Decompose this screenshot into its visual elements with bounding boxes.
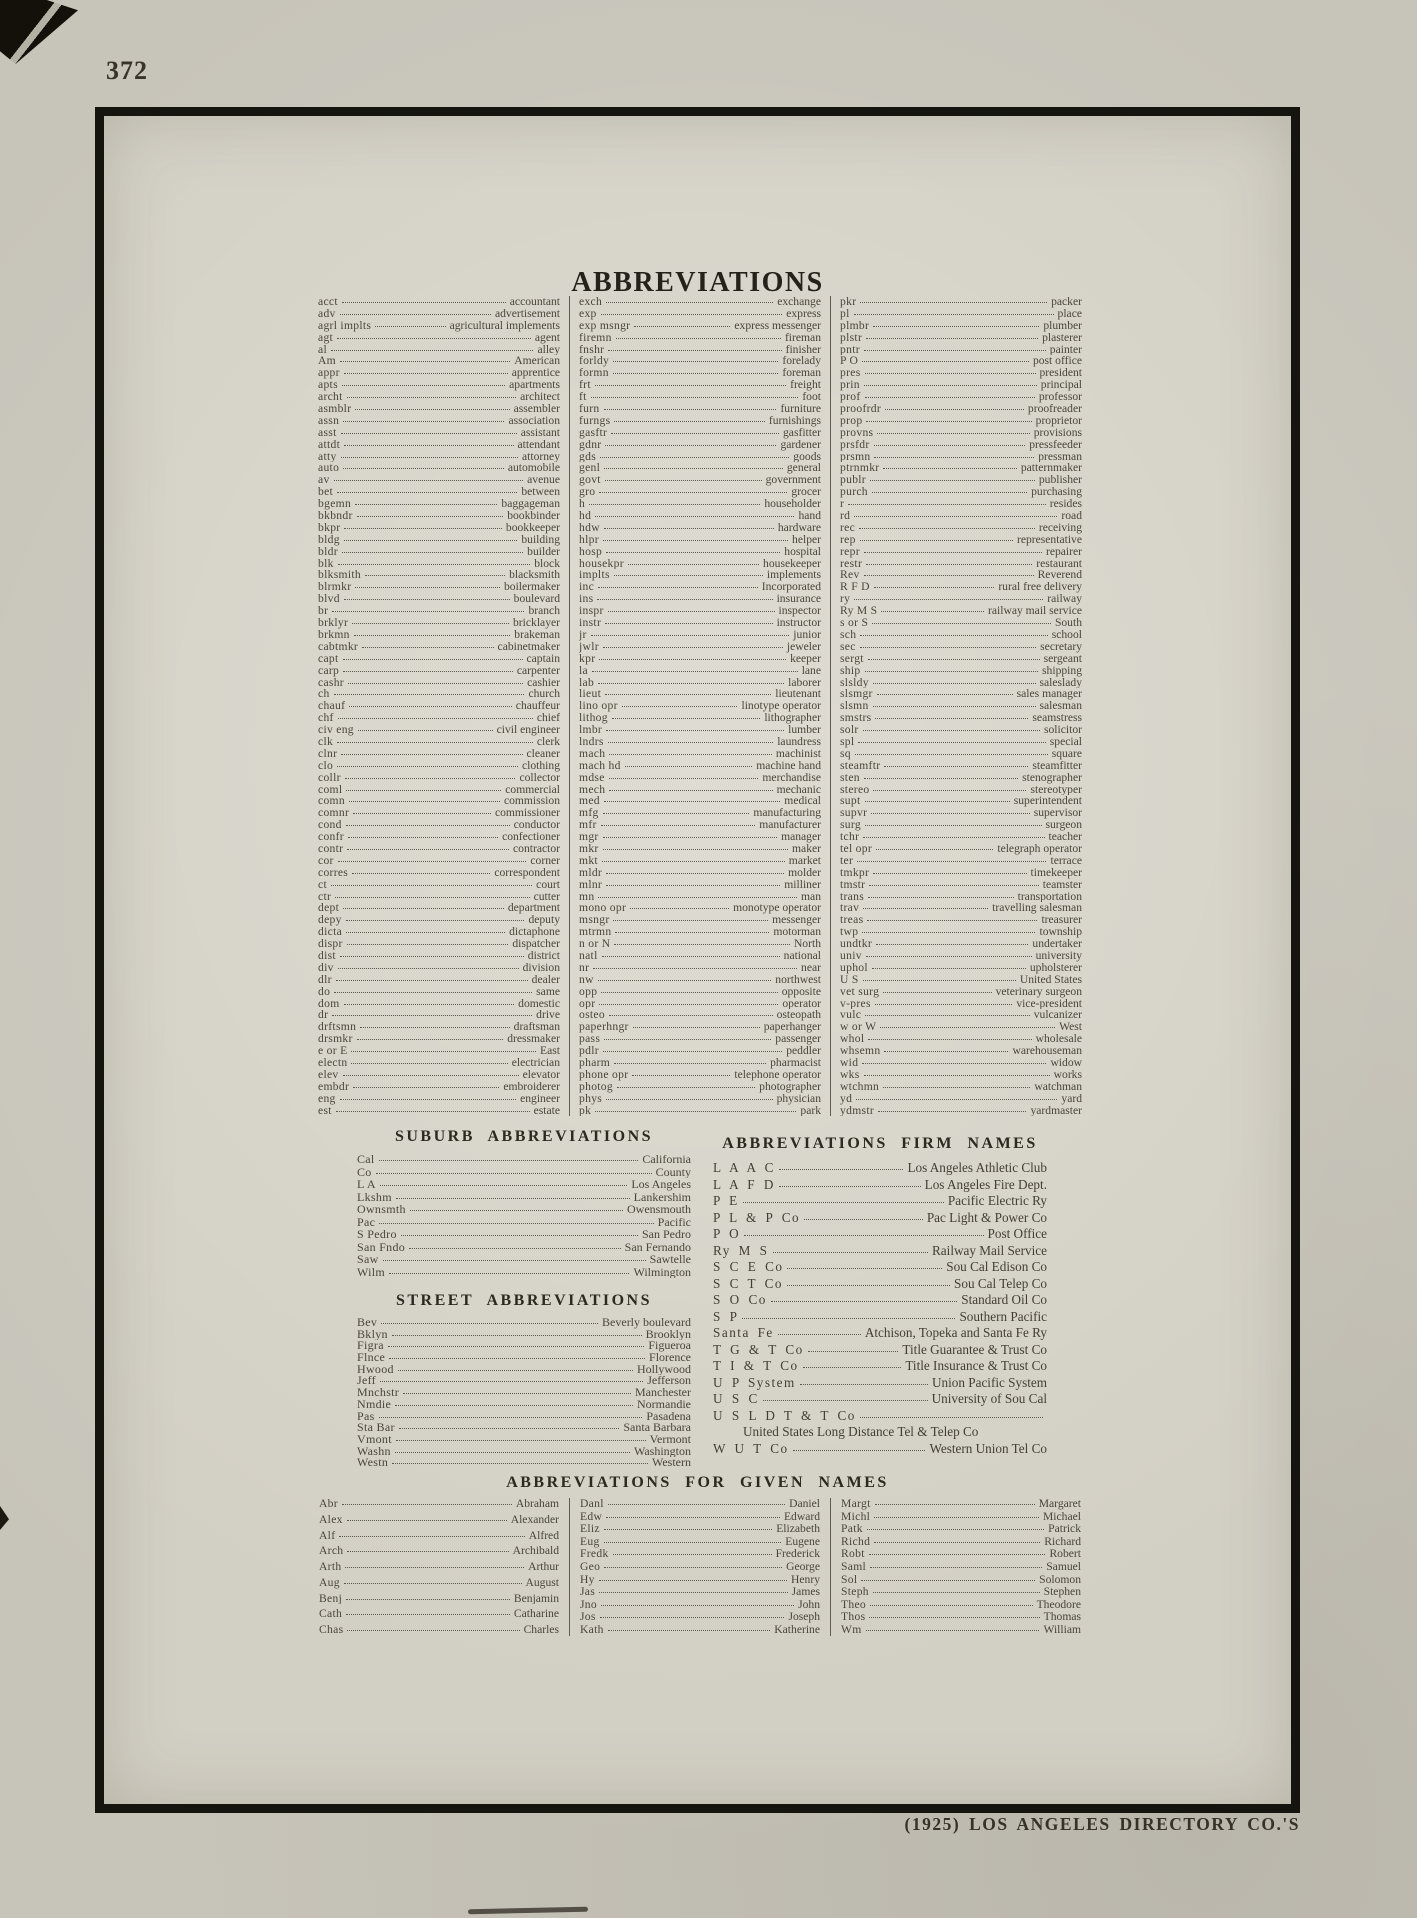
abbreviation-entry: terterrace	[840, 855, 1082, 867]
abbreviation-entry: S C T CoSou Cal Telep Co	[713, 1276, 1047, 1293]
abbreviation-entry: formnforeman	[579, 367, 821, 379]
abbreviation-entry: disprdispatcher	[318, 938, 560, 950]
abbreviation-entry: instrinstructor	[579, 617, 821, 629]
abbreviation-entry: correscorrespondent	[318, 867, 560, 879]
abbreviation-entry: s or SSouth	[840, 617, 1082, 629]
abbreviation-entry: P Opost office	[840, 355, 1082, 367]
abbreviation-entry: T I & T CoTitle Insurance & Trust Co	[713, 1358, 1047, 1375]
abbreviation-entry: provnsprovisions	[840, 427, 1082, 439]
middle-sections: SUBURB ABBREVIATIONS CalCaliforniaCoCoun…	[104, 1128, 1291, 1469]
abbreviation-entry: betbetween	[318, 486, 560, 498]
abbreviation-entry: slsldysaleslady	[840, 677, 1082, 689]
given-names-list: AbrAbrahamAlexAlexanderAlfAlfredArchArch…	[309, 1498, 1091, 1636]
abbreviation-entry: photogphotographer	[579, 1081, 821, 1093]
abbreviation-entry: blkblock	[318, 558, 560, 570]
abbreviation-entry: sqsquare	[840, 748, 1082, 760]
abbreviation-entry: blksmithblacksmith	[318, 569, 560, 581]
abbreviation-entry: FlnceFlorence	[357, 1352, 691, 1364]
abbreviation-entry: SolSolomon	[841, 1574, 1081, 1586]
abbreviation-entry: pdlrpeddler	[579, 1045, 821, 1057]
abbreviation-entry: NmdieNormandie	[357, 1399, 691, 1411]
abbreviation-entry: lieutlieutenant	[579, 688, 821, 700]
abbreviation-entry: BevBeverly boulevard	[357, 1317, 691, 1329]
abbreviation-entry: ptrnmkrpatternmaker	[840, 462, 1082, 474]
abbreviation-entry: physphysician	[579, 1093, 821, 1105]
abbreviation-entry: stereostereotyper	[840, 784, 1082, 796]
abbreviation-entry: tchrteacher	[840, 831, 1082, 843]
abbreviation-entry: prsfdrpressfeeder	[840, 439, 1082, 451]
abbreviation-entry: reprrepairer	[840, 546, 1082, 558]
abbreviation-entry: Ry M Srailway mail service	[840, 605, 1082, 617]
abbreviation-entry: ThosThomas	[841, 1611, 1081, 1623]
abbreviation-entry: KathKatherine	[580, 1624, 820, 1636]
abbreviation-entry: asstassistant	[318, 427, 560, 439]
abbreviation-entry: bkbndrbookbinder	[318, 510, 560, 522]
abbreviation-entry: lalane	[579, 665, 821, 677]
abbreviation-entry: RevReverend	[840, 569, 1082, 581]
abbreviation-entry: kprkeeper	[579, 653, 821, 665]
abbreviation-entry: splspecial	[840, 736, 1082, 748]
abbreviation-entry: pkrpacker	[840, 296, 1082, 308]
abbreviation-entry: msngrmessenger	[579, 914, 821, 926]
suburb-street-block: SUBURB ABBREVIATIONS CalCaliforniaCoCoun…	[357, 1128, 691, 1469]
abbreviation-entry: hlprhelper	[579, 534, 821, 546]
abbreviation-entry: ElizElizabeth	[580, 1523, 820, 1535]
abbreviation-entry: v-presvice-president	[840, 998, 1082, 1010]
abbreviation-entry: WashnWashington	[357, 1446, 691, 1458]
abbreviation-entry: housekprhousekeeper	[579, 558, 821, 570]
abbreviation-entry: hhouseholder	[579, 498, 821, 510]
abbreviation-entry: brkmnbrakeman	[318, 629, 560, 641]
abbreviation-entry: schschool	[840, 629, 1082, 641]
abbreviation-entry: embdrembroiderer	[318, 1081, 560, 1093]
abbreviation-entry: clnrcleaner	[318, 748, 560, 760]
abbreviation-entry: reprepresentative	[840, 534, 1082, 546]
abbreviation-entry: depydeputy	[318, 914, 560, 926]
abbreviation-entry: U P SystemUnion Pacific System	[713, 1375, 1047, 1392]
ink-smudge-bottom	[468, 1907, 588, 1915]
abbreviation-entry: pkpark	[579, 1105, 821, 1117]
abbreviation-entry: CalCalifornia	[357, 1153, 691, 1166]
abbreviation-entry: U S L D T & T Co	[713, 1408, 1047, 1425]
abbreviation-entry: U S CUniversity of Sou Cal	[713, 1391, 1047, 1408]
abbreviation-entry: Ry M SRailway Mail Service	[713, 1243, 1047, 1260]
abbreviation-entry: wholwholesale	[840, 1033, 1082, 1045]
abbreviation-entry: autoautomobile	[318, 462, 560, 474]
abbreviation-entry: tmkprtimekeeper	[840, 867, 1082, 879]
abbreviation-entry: slsmgrsales manager	[840, 688, 1082, 700]
abbreviation-entry: insprinspector	[579, 605, 821, 617]
abbreviation-entry: P OPost Office	[713, 1226, 1047, 1243]
abbreviation-entry: bldrbuilder	[318, 546, 560, 558]
abbreviation-entry: bldgbuilding	[318, 534, 560, 546]
abbreviation-entry: WestnWestern	[357, 1457, 691, 1469]
abbreviations-column-1: acctaccountantadvadvertisementagrl implt…	[309, 296, 569, 1116]
abbreviation-entry: PatkPatrick	[841, 1523, 1081, 1535]
abbreviation-entry: EugEugene	[580, 1536, 820, 1548]
abbreviation-entry: ArchArchibald	[319, 1545, 559, 1557]
abbreviation-entry: chaufchauffeur	[318, 700, 560, 712]
abbreviation-entry: R F Drural free delivery	[840, 581, 1082, 593]
abbreviation-entry: jwlrjeweler	[579, 641, 821, 653]
abbreviation-entry: San FndoSan Fernando	[357, 1241, 691, 1254]
abbreviation-entry: Santa FeAtchison, Topeka and Santa Fe Ry	[713, 1325, 1047, 1342]
abbreviation-entry: exp msngrexpress messenger	[579, 320, 821, 332]
abbreviation-entry: publrpublisher	[840, 474, 1082, 486]
abbreviation-entry: engengineer	[318, 1093, 560, 1105]
abbreviation-entry: S C E CoSou Cal Edison Co	[713, 1259, 1047, 1276]
abbreviation-entry: MichlMichael	[841, 1511, 1081, 1523]
abbreviation-entry: chchurch	[318, 688, 560, 700]
abbreviation-entry: e or EEast	[318, 1045, 560, 1057]
abbreviation-entry: lablaborer	[579, 677, 821, 689]
abbreviation-entry: agtagent	[318, 332, 560, 344]
abbreviation-entry: ctcourt	[318, 879, 560, 891]
abbreviation-entry: JosJoseph	[580, 1611, 820, 1623]
abbreviation-entry: nrnear	[579, 962, 821, 974]
abbreviation-entry: brbranch	[318, 605, 560, 617]
abbreviation-entry: govtgovernment	[579, 474, 821, 486]
abbreviation-entry: profprofessor	[840, 391, 1082, 403]
abbreviation-entry: impltsimplements	[579, 569, 821, 581]
abbreviation-entry: CathCatharine	[319, 1608, 559, 1620]
abbreviation-entry: osteoosteopath	[579, 1009, 821, 1021]
given-names-column-3: MargtMargaretMichlMichaelPatkPatrickRich…	[830, 1498, 1091, 1636]
page-frame: ABBREVIATIONS acctaccountantadvadvertise…	[95, 107, 1300, 1813]
abbreviation-entry: hdwhardware	[579, 522, 821, 534]
abbreviation-entry: hdhand	[579, 510, 821, 522]
abbreviation-entry: steamftrsteamfitter	[840, 760, 1082, 772]
abbreviation-entry: AmAmerican	[318, 355, 560, 367]
abbreviation-entry: nwnorthwest	[579, 974, 821, 986]
abbreviation-entry: n or NNorth	[579, 938, 821, 950]
abbreviation-entry: plmbrplumber	[840, 320, 1082, 332]
continuation-line: United States Long Distance Tel & Telep …	[713, 1424, 1047, 1441]
abbreviation-entry: PasPasadena	[357, 1411, 691, 1423]
abbreviation-entry: S O CoStandard Oil Co	[713, 1292, 1047, 1309]
abbreviation-entry: BklynBrooklyn	[357, 1329, 691, 1341]
abbreviation-entry: dictadictaphone	[318, 926, 560, 938]
given-names-column-1: AbrAbrahamAlexAlexanderAlfAlfredArchArch…	[309, 1498, 569, 1636]
abbreviation-entry: AlexAlexander	[319, 1514, 559, 1526]
abbreviation-entry: forldyforelady	[579, 355, 821, 367]
abbreviation-entry: supvrsupervisor	[840, 807, 1082, 819]
given-names-heading: ABBREVIATIONS FOR GIVEN NAMES	[104, 1474, 1291, 1492]
firm-names-list: L A A CLos Angeles Athletic ClubL A F DL…	[713, 1160, 1047, 1457]
abbreviation-entry: mnman	[579, 891, 821, 903]
abbreviation-entry: TheoTheodore	[841, 1599, 1081, 1611]
abbreviation-entry: jrjunior	[579, 629, 821, 641]
abbreviation-entry: twptownship	[840, 926, 1082, 938]
page-number: 372	[106, 56, 148, 86]
abbreviation-entry: firemnfireman	[579, 332, 821, 344]
abbreviation-entry: OwnsmthOwensmouth	[357, 1203, 691, 1216]
abbreviation-entry: gdnrgardener	[579, 439, 821, 451]
abbreviation-entry: machmachinist	[579, 748, 821, 760]
abbreviation-entry: upholupholsterer	[840, 962, 1082, 974]
abbreviation-entry: plplace	[840, 308, 1082, 320]
abbreviation-entry: solrsolicitor	[840, 724, 1082, 736]
abbreviation-entry: deptdepartment	[318, 902, 560, 914]
abbreviation-entry: confrconfectioner	[318, 831, 560, 843]
abbreviation-entry: BenjBenjamin	[319, 1593, 559, 1605]
abbreviation-entry: T G & T CoTitle Guarantee & Trust Co	[713, 1342, 1047, 1359]
abbreviation-entry: blrmkrboilermaker	[318, 581, 560, 593]
abbreviation-entry: domdomestic	[318, 998, 560, 1010]
abbreviation-entry: L A F DLos Angeles Fire Dept.	[713, 1177, 1047, 1194]
abbreviation-entry: surgsurgeon	[840, 819, 1082, 831]
abbreviation-entry: grogrocer	[579, 486, 821, 498]
firm-names-block: ABBREVIATIONS FIRM NAMES L A A CLos Ange…	[713, 1135, 1047, 1457]
abbreviation-entry: WmWilliam	[841, 1624, 1081, 1636]
abbreviation-entry: treastreasurer	[840, 914, 1082, 926]
abbreviation-entry: passpassenger	[579, 1033, 821, 1045]
abbreviation-entry: chfchief	[318, 712, 560, 724]
abbreviation-entry: exchexchange	[579, 296, 821, 308]
abbreviation-entry: WilmWilmington	[357, 1266, 691, 1279]
abbreviation-entry: MnchstrManchester	[357, 1387, 691, 1399]
abbreviation-entry: captcaptain	[318, 653, 560, 665]
abbreviation-entry: cashrcashier	[318, 677, 560, 689]
abbreviation-entry: alalley	[318, 344, 560, 356]
abbreviation-entry: propproprietor	[840, 415, 1082, 427]
abbreviation-entry: suptsuperintendent	[840, 795, 1082, 807]
abbreviation-entry: archtarchitect	[318, 391, 560, 403]
abbreviation-entry: vulcvulcanizer	[840, 1009, 1082, 1021]
abbreviation-entry: S PedroSan Pedro	[357, 1228, 691, 1241]
abbreviation-entry: medmedical	[579, 795, 821, 807]
abbreviation-entry: travtravelling salesman	[840, 902, 1082, 914]
abbreviation-entry: drsmkrdressmaker	[318, 1033, 560, 1045]
abbreviation-entry: CoCounty	[357, 1166, 691, 1179]
page-title: ABBREVIATIONS	[104, 267, 1291, 299]
abbreviation-entry: vet surgveterinary surgeon	[840, 986, 1082, 998]
abbreviation-entry: lino oprlinotype operator	[579, 700, 821, 712]
abbreviation-entry: purchpurchasing	[840, 486, 1082, 498]
abbreviation-entry: cabtmkrcabinetmaker	[318, 641, 560, 653]
abbreviation-entry: MargtMargaret	[841, 1498, 1081, 1510]
abbreviation-entry: prespresident	[840, 367, 1082, 379]
abbreviation-entry: SawSawtelle	[357, 1253, 691, 1266]
abbreviation-entry: FredkFrederick	[580, 1548, 820, 1560]
abbreviation-entry: pntrpainter	[840, 344, 1082, 356]
abbreviation-entry: furngsfurnishings	[579, 415, 821, 427]
abbreviation-entry: clkclerk	[318, 736, 560, 748]
abbreviation-entry: rresides	[840, 498, 1082, 510]
abbreviation-entry: wksworks	[840, 1069, 1082, 1081]
abbreviation-entry: mach hdmachine hand	[579, 760, 821, 772]
abbreviation-entry: mfrmanufacturer	[579, 819, 821, 831]
abbreviation-entry: dosame	[318, 986, 560, 998]
abbreviation-entry: univuniversity	[840, 950, 1082, 962]
abbreviation-entry: W U T CoWestern Union Tel Co	[713, 1441, 1047, 1458]
abbreviation-entry: mkrmaker	[579, 843, 821, 855]
abbreviation-entry: mdsemerchandise	[579, 772, 821, 784]
street-abbreviations-heading: STREET ABBREVIATIONS	[357, 1292, 691, 1310]
abbreviation-entry: smstrsseamstress	[840, 712, 1082, 724]
abbreviation-entry: mfgmanufacturing	[579, 807, 821, 819]
abbreviation-entry: AbrAbraham	[319, 1498, 559, 1510]
abbreviation-entry: L ALos Angeles	[357, 1178, 691, 1191]
abbreviation-entry: carpcarpenter	[318, 665, 560, 677]
abbreviation-entry: recreceiving	[840, 522, 1082, 534]
abbreviation-entry: estestate	[318, 1105, 560, 1117]
abbreviation-entry: drftsmndraftsman	[318, 1021, 560, 1033]
given-names-column-2: DanlDanielEdwEdwardElizElizabethEugEugen…	[569, 1498, 830, 1636]
abbreviation-entry: electnelectrician	[318, 1057, 560, 1069]
abbreviation-entry: stenstenographer	[840, 772, 1082, 784]
abbreviation-entry: mldrmolder	[579, 867, 821, 879]
street-abbreviations-list: BevBeverly boulevardBklynBrooklynFigraFi…	[357, 1317, 691, 1469]
ink-smudge-corner	[0, 0, 78, 64]
abbreviation-entry: L A A CLos Angeles Athletic Club	[713, 1160, 1047, 1177]
abbreviation-entry: JnoJohn	[580, 1599, 820, 1611]
abbreviation-entry: tmstrteamster	[840, 879, 1082, 891]
abbreviation-entry: condconductor	[318, 819, 560, 831]
abbreviation-entry: comnrcommissioner	[318, 807, 560, 819]
abbreviation-entry: secsecretary	[840, 641, 1082, 653]
abbreviation-entry: bgemnbaggageman	[318, 498, 560, 510]
abbreviation-entry: wtchmnwatchman	[840, 1081, 1082, 1093]
abbreviation-entry: dlrdealer	[318, 974, 560, 986]
abbreviation-entry: VmontVermont	[357, 1434, 691, 1446]
abbreviation-entry: aptsapartments	[318, 379, 560, 391]
abbreviation-entry: cloclothing	[318, 760, 560, 772]
abbreviation-entry: SamlSamuel	[841, 1561, 1081, 1573]
abbreviation-entry: pharmpharmacist	[579, 1057, 821, 1069]
abbreviation-entry: apprapprentice	[318, 367, 560, 379]
suburb-abbreviations-heading: SUBURB ABBREVIATIONS	[357, 1128, 691, 1146]
abbreviation-entry: U SUnited States	[840, 974, 1082, 986]
abbreviation-entry: lndrslaundress	[579, 736, 821, 748]
abbreviation-entry: prinprincipal	[840, 379, 1082, 391]
abbreviation-entry: FigraFigueroa	[357, 1340, 691, 1352]
abbreviation-entry: mtrmnmotorman	[579, 926, 821, 938]
abbreviation-entry: HwoodHollywood	[357, 1364, 691, 1376]
abbreviation-entry: S PSouthern Pacific	[713, 1309, 1047, 1326]
abbreviation-entry: lmbrlumber	[579, 724, 821, 736]
abbreviation-entry: HyHenry	[580, 1574, 820, 1586]
abbreviation-entry: genlgeneral	[579, 462, 821, 474]
abbreviation-entry: Sta BarSanta Barbara	[357, 1422, 691, 1434]
abbreviation-entry: P L & P CoPac Light & Power Co	[713, 1210, 1047, 1227]
abbreviation-entry: collrcollector	[318, 772, 560, 784]
abbreviation-entry: JasJames	[580, 1586, 820, 1598]
abbreviation-entry: sergtsergeant	[840, 653, 1082, 665]
abbreviation-entry: transtransportation	[840, 891, 1082, 903]
abbreviation-entry: gasftrgasfitter	[579, 427, 821, 439]
abbreviation-entry: expexpress	[579, 308, 821, 320]
abbreviation-entry: P EPacific Electric Ry	[713, 1193, 1047, 1210]
abbreviation-entry: comncommission	[318, 795, 560, 807]
abbreviation-entry: contrcontractor	[318, 843, 560, 855]
ink-nick-left-edge	[0, 1506, 9, 1530]
abbreviations-column-2: exchexchangeexpexpressexp msngrexpress m…	[569, 296, 830, 1116]
abbreviation-entry: oproperator	[579, 998, 821, 1010]
abbreviation-entry: divdivision	[318, 962, 560, 974]
abbreviation-entry: oppopposite	[579, 986, 821, 998]
abbreviation-entry: frtfreight	[579, 379, 821, 391]
abbreviation-entry: asmblrassembler	[318, 403, 560, 415]
abbreviation-entry: furnfurniture	[579, 403, 821, 415]
abbreviation-entry: corcorner	[318, 855, 560, 867]
abbreviation-entry: blvdboulevard	[318, 593, 560, 605]
abbreviation-entry: slsmnsalesman	[840, 700, 1082, 712]
abbreviation-entry: whsemnwarehouseman	[840, 1045, 1082, 1057]
abbreviation-entry: EdwEdward	[580, 1511, 820, 1523]
abbreviation-entry: mono oprmonotype operator	[579, 902, 821, 914]
abbreviation-entry: PacPacific	[357, 1216, 691, 1229]
abbreviation-entry: ArthArthur	[319, 1561, 559, 1573]
abbreviation-entry: avavenue	[318, 474, 560, 486]
abbreviation-entry: AugAugust	[319, 1577, 559, 1589]
abbreviation-entry: assnassociation	[318, 415, 560, 427]
abbreviation-entry: bkprbookkeeper	[318, 522, 560, 534]
abbreviation-entry: insinsurance	[579, 593, 821, 605]
abbreviation-entry: ydyard	[840, 1093, 1082, 1105]
abbreviation-entry: ydmstryardmaster	[840, 1105, 1082, 1117]
abbreviation-entry: widwidow	[840, 1057, 1082, 1069]
abbreviation-entry: mlnrmilliner	[579, 879, 821, 891]
abbreviation-entry: AlfAlfred	[319, 1530, 559, 1542]
abbreviation-entry: RichdRichard	[841, 1536, 1081, 1548]
firm-names-heading: ABBREVIATIONS FIRM NAMES	[713, 1135, 1047, 1153]
abbreviation-entry: rdroad	[840, 510, 1082, 522]
abbreviation-entry: DanlDaniel	[580, 1498, 820, 1510]
abbreviation-entry: StephStephen	[841, 1586, 1081, 1598]
main-abbreviations-list: acctaccountantadvadvertisementagrl implt…	[309, 296, 1091, 1116]
abbreviation-entry: lithoglithographer	[579, 712, 821, 724]
abbreviation-entry: tel oprtelegraph operator	[840, 843, 1082, 855]
abbreviation-entry: advadvertisement	[318, 308, 560, 320]
abbreviation-entry: brklyrbricklayer	[318, 617, 560, 629]
abbreviation-entry: elevelevator	[318, 1069, 560, 1081]
abbreviation-entry: attdtattendant	[318, 439, 560, 451]
abbreviation-entry: LkshmLankershim	[357, 1191, 691, 1204]
abbreviation-entry: distdistrict	[318, 950, 560, 962]
abbreviation-entry: attyattorney	[318, 451, 560, 463]
abbreviations-column-3: pkrpackerplplaceplmbrplumberplstrplaster…	[830, 296, 1091, 1116]
abbreviation-entry: undtkrundertaker	[840, 938, 1082, 950]
abbreviation-entry: prsmnpressman	[840, 451, 1082, 463]
abbreviation-entry: ftfoot	[579, 391, 821, 403]
abbreviation-entry: mgrmanager	[579, 831, 821, 843]
abbreviation-entry: ChasCharles	[319, 1624, 559, 1636]
abbreviation-entry: incIncorporated	[579, 581, 821, 593]
abbreviation-entry: ryrailway	[840, 593, 1082, 605]
abbreviation-entry: comlcommercial	[318, 784, 560, 796]
abbreviation-entry: natlnational	[579, 950, 821, 962]
abbreviation-entry: mechmechanic	[579, 784, 821, 796]
abbreviation-entry: proofrdrproofreader	[840, 403, 1082, 415]
abbreviation-entry: RobtRobert	[841, 1548, 1081, 1560]
abbreviation-entry: paperhngrpaperhanger	[579, 1021, 821, 1033]
abbreviation-entry: ctrcutter	[318, 891, 560, 903]
abbreviation-entry: acctaccountant	[318, 296, 560, 308]
abbreviation-entry: agrl impltsagricultural implements	[318, 320, 560, 332]
abbreviation-entry: restrrestaurant	[840, 558, 1082, 570]
abbreviation-entry: phone oprtelephone operator	[579, 1069, 821, 1081]
suburb-abbreviations-list: CalCaliforniaCoCountyL ALos AngelesLkshm…	[357, 1153, 691, 1278]
abbreviation-entry: plstrplasterer	[840, 332, 1082, 344]
abbreviation-entry: w or WWest	[840, 1021, 1082, 1033]
abbreviation-entry: JeffJefferson	[357, 1375, 691, 1387]
abbreviation-entry: fnshrfinisher	[579, 344, 821, 356]
abbreviation-entry: mktmarket	[579, 855, 821, 867]
abbreviation-entry: hosphospital	[579, 546, 821, 558]
abbreviation-entry: GeoGeorge	[580, 1561, 820, 1573]
directory-footer: (1925) LOS ANGELES DIRECTORY CO.'S	[95, 1814, 1300, 1835]
